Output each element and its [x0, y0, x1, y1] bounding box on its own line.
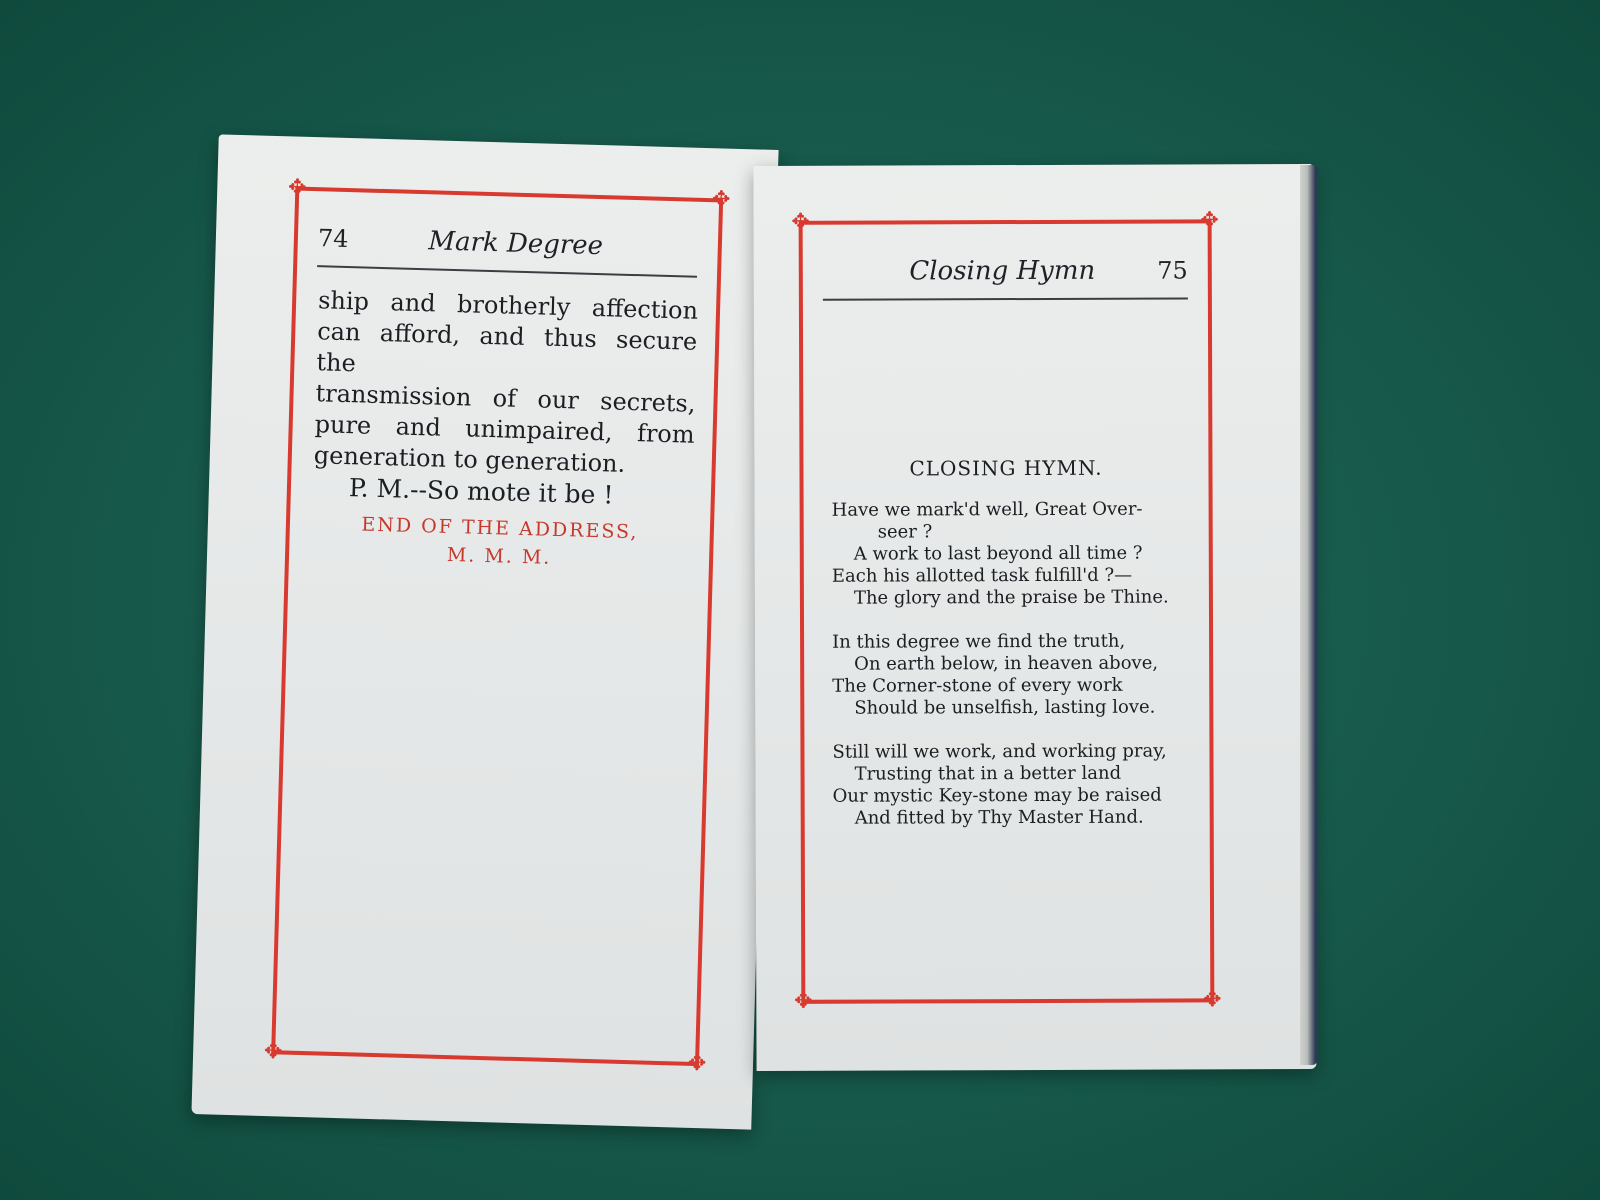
verse-line: Should be unselfish, lasting love. [832, 696, 1199, 719]
hymn-title: CLOSING HYMN. [803, 455, 1208, 480]
verse-line: Trusting that in a better land [833, 762, 1200, 785]
stanza: In this degree we find the truth, On ear… [832, 630, 1199, 719]
corner-ornament-icon: ✥ [1199, 210, 1221, 232]
running-head: Closing Hymn 75 [823, 255, 1188, 300]
corner-ornament-icon: ✥ [710, 189, 733, 212]
verse-line: Have we mark'd well, Great Over- [832, 498, 1199, 521]
corner-ornament-icon: ✥ [790, 212, 812, 234]
red-border-frame: ✥ ✥ ✥ ✥ Closing Hymn 75 CLOSING HYMN. Ha… [799, 219, 1215, 1003]
verse-line: In this degree we find the truth, [832, 630, 1199, 653]
page-number: 75 [1157, 256, 1188, 284]
end-of-address-caption: END OF THE ADDRESS, M. M. M. [289, 509, 710, 577]
corner-ornament-icon: ✥ [262, 1041, 285, 1064]
corner-ornament-icon: ✥ [1201, 989, 1223, 1011]
verse-line: The glory and the praise be Thine. [832, 586, 1199, 609]
open-book: ✥ ✥ ✥ ✥ 74 Mark Degree ship and brotherl… [0, 0, 1600, 1200]
left-page: ✥ ✥ ✥ ✥ 74 Mark Degree ship and brotherl… [191, 134, 778, 1129]
verse-line: seer ? [832, 520, 1199, 543]
stanza: Still will we work, and working pray, Tr… [832, 740, 1199, 829]
right-page: ✥ ✥ ✥ ✥ Closing Hymn 75 CLOSING HYMN. Ha… [753, 164, 1316, 1071]
stanza: Have we mark'd well, Great Over- seer ? … [832, 498, 1199, 609]
verse-line: And fitted by Thy Master Hand. [833, 806, 1200, 829]
corner-ornament-icon: ✥ [286, 177, 309, 200]
text-line: can afford, and thus secure the [316, 316, 698, 389]
verse-line: The Corner-stone of every work [832, 674, 1199, 697]
verse-line: Our mystic Key-stone may be raised [833, 784, 1200, 807]
page-block-edge [1300, 165, 1318, 1065]
verse-line: A work to last beyond all time ? [832, 542, 1199, 565]
red-border-frame: ✥ ✥ ✥ ✥ 74 Mark Degree ship and brotherl… [271, 187, 723, 1067]
verse-line: On earth below, in heaven above, [832, 652, 1199, 675]
running-head-title: Closing Hymn [909, 256, 1095, 287]
page-number: 74 [318, 224, 349, 253]
corner-ornament-icon: ✥ [792, 991, 814, 1013]
body-text: ship and brotherly affection can afford,… [313, 285, 699, 513]
running-head: 74 Mark Degree [317, 223, 698, 278]
corner-ornament-icon: ✥ [686, 1053, 709, 1076]
verse-line: Each his allotted task fulfill'd ?— [832, 564, 1199, 587]
verse-line: Still will we work, and working pray, [832, 740, 1199, 763]
hymn-text: Have we mark'd well, Great Over- seer ? … [832, 498, 1200, 851]
running-head-title: Mark Degree [428, 226, 603, 261]
